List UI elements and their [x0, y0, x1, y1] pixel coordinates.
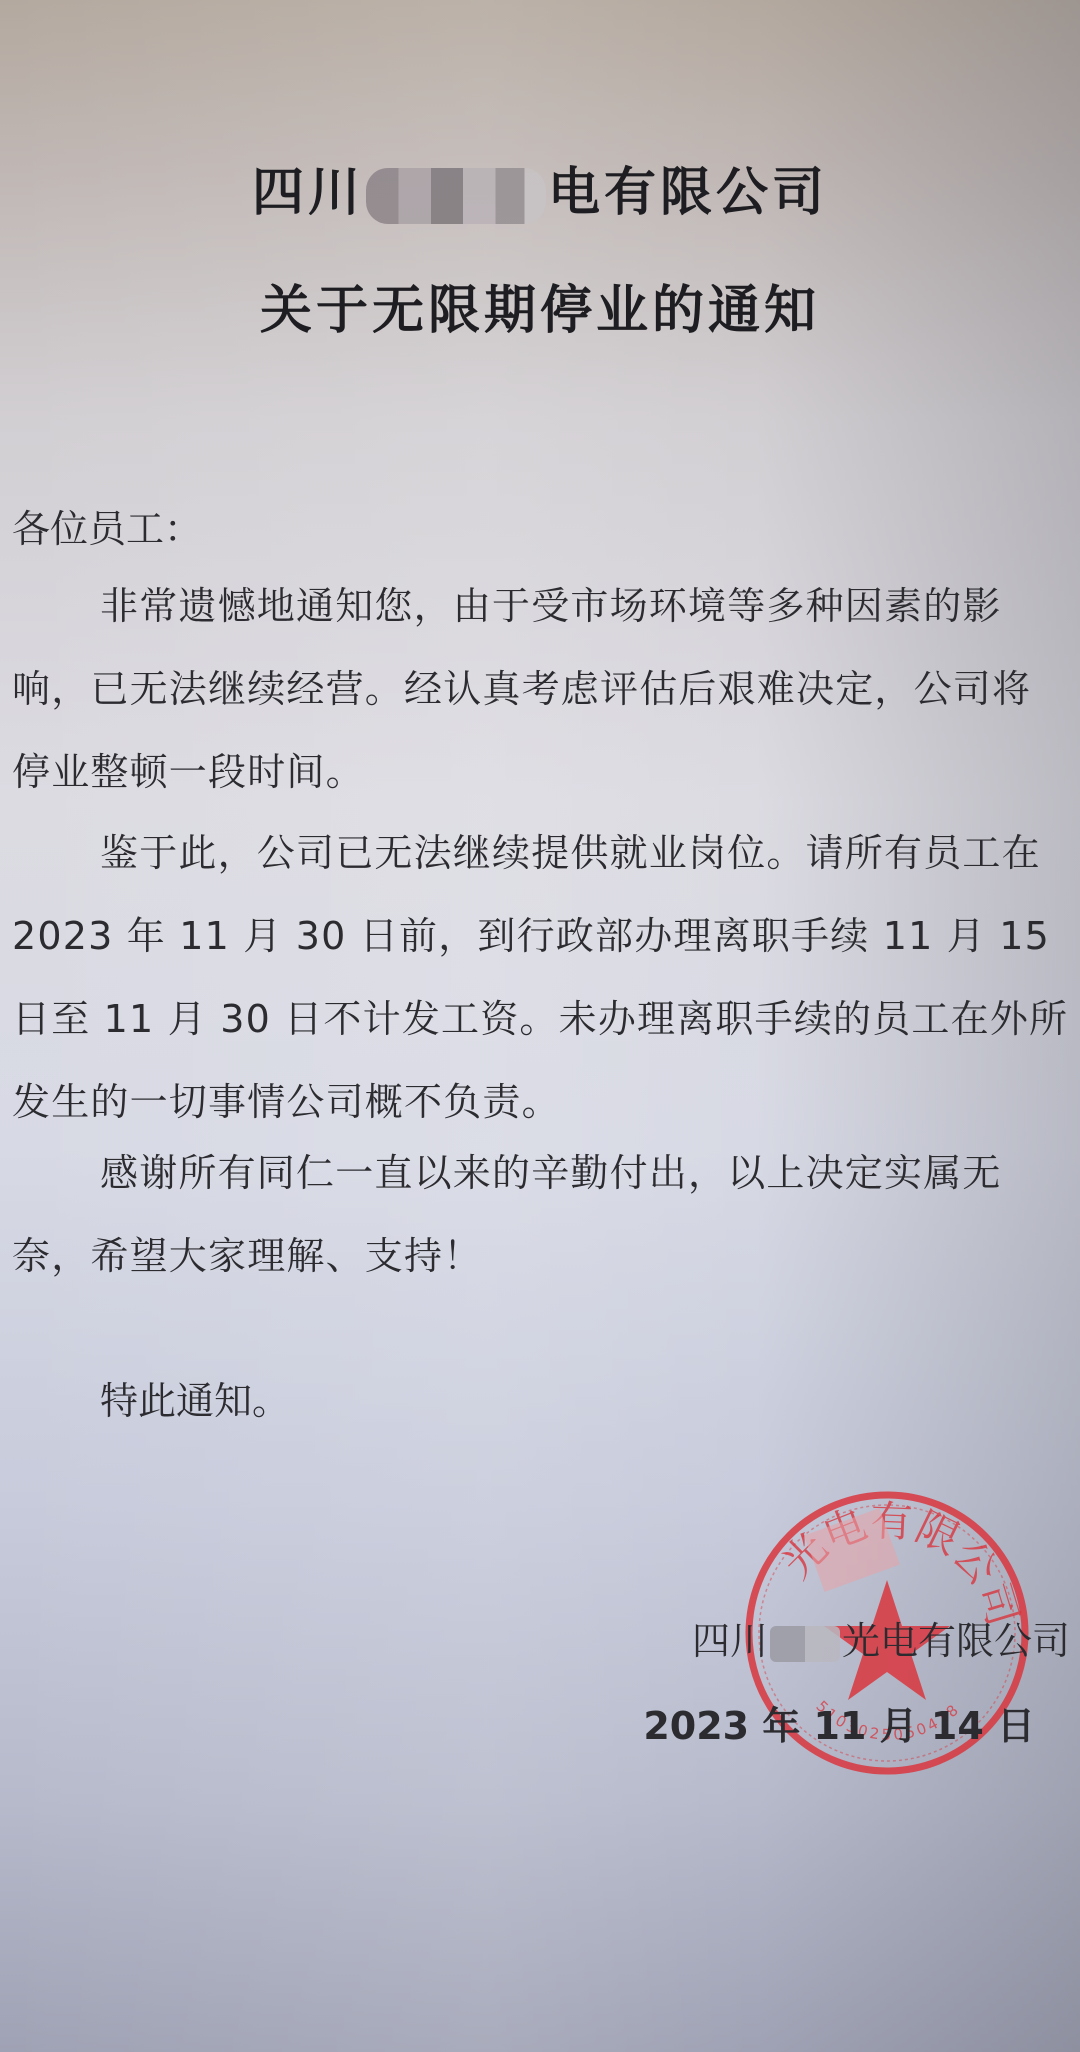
greeting: 各位员工： [12, 488, 1072, 571]
document-title-company: 四川电有限公司 [0, 150, 1080, 225]
notice-document: 四川电有限公司 关于无限期停业的通知 各位员工： 非常遗憾地通知您，由于受市场环… [0, 0, 1080, 2052]
signature-company: 四川光电有限公司 [692, 1610, 1070, 1665]
signature-company-prefix: 四川 [692, 1619, 768, 1663]
title-company-prefix: 四川 [252, 163, 364, 223]
closing-line: 特此通知。 [100, 1370, 290, 1425]
paragraph-3: 感谢所有同仁一直以来的辛勤付出，以上决定实属无奈，希望大家理解、支持！ [12, 1132, 1070, 1298]
document-title-subject: 关于无限期停业的通知 [0, 268, 1080, 343]
paragraph-2: 鉴于此，公司已无法继续提供就业岗位。请所有员工在 2023 年 11 月 30 … [12, 812, 1070, 1144]
redacted-company-name [366, 168, 546, 224]
redacted-signature-name [770, 1626, 840, 1662]
title-company-suffix: 电有限公司 [548, 163, 828, 223]
paragraph-1: 非常遗憾地通知您，由于受市场环境等多种因素的影响，已无法继续经营。经认真考虑评估… [12, 565, 1070, 814]
signature-company-suffix: 光电有限公司 [842, 1619, 1070, 1663]
signature-date: 2023 年 11 月 14 日 [643, 1695, 1035, 1750]
